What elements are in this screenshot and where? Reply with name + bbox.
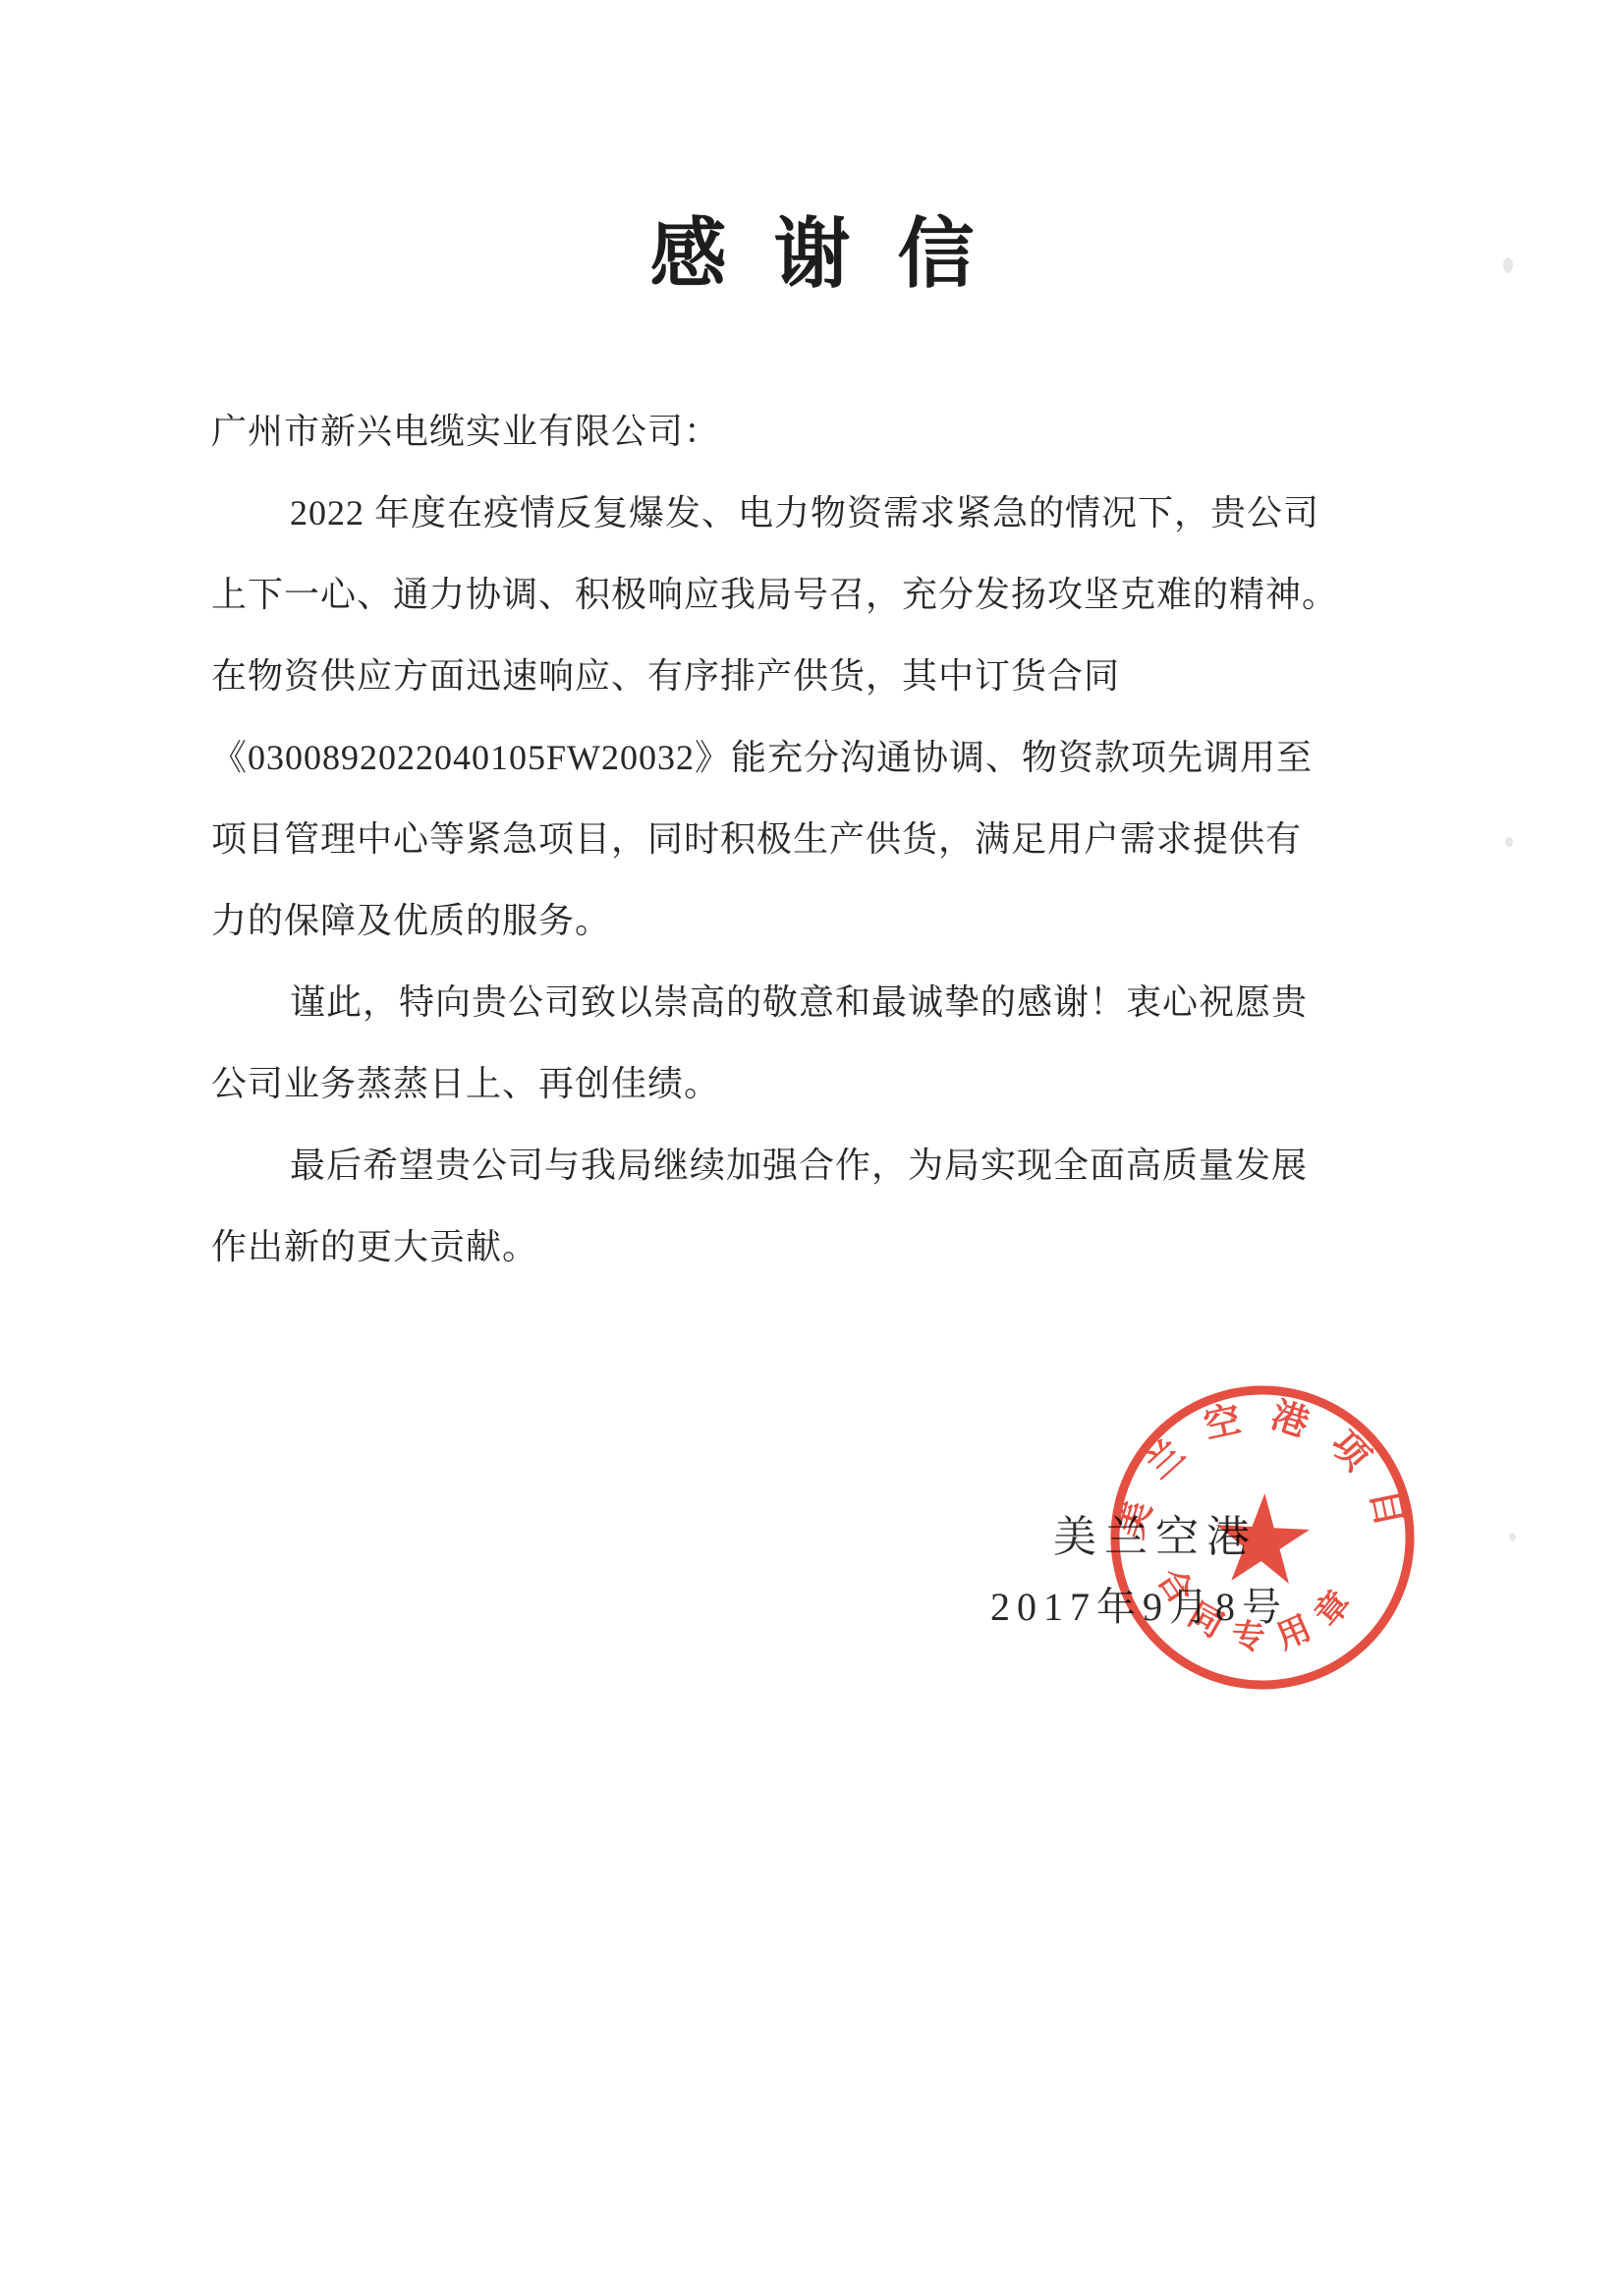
body-line: 上下一心、通力协调、积极响应我局号召，充分发扬攻坚克难的精神。 — [211, 554, 1479, 636]
svg-text:合同专用章: 合同专用章 — [1147, 1560, 1371, 1662]
body-line: 《0300892022040105FW20032》能充分沟通协调、物资款项先调用… — [211, 717, 1479, 799]
contract-seal-stamp: 美兰空港项目 合同专用章 — [1090, 1365, 1434, 1709]
body-line: 2022 年度在疫情反复爆发、电力物资需求紧急的情况下，贵公司 — [211, 473, 1479, 554]
letter-title: 感谢信 — [0, 193, 1624, 303]
body-line: 在物资供应方面迅速响应、有序排产供货，其中订货合同 — [211, 636, 1479, 717]
body-line: 力的保障及优质的服务。 — [211, 880, 1479, 962]
seal-arc-bottom-text: 合同专用章 — [1147, 1560, 1371, 1662]
letter-page: 感谢信 广州市新兴电缆实业有限公司： 2022 年度在疫情反复爆发、电力物资需求… — [0, 0, 1624, 2295]
body-line: 最后希望贵公司与我局继续加强合作，为局实现全面高质量发展 — [211, 1125, 1479, 1206]
seal-star-icon — [1213, 1491, 1312, 1585]
body-line: 公司业务蒸蒸日上、再创佳绩。 — [211, 1043, 1479, 1125]
body-line: 谨此，特向贵公司致以崇高的敬意和最诚挚的感谢！衷心祝愿贵 — [211, 962, 1479, 1043]
recipient-line: 广州市新兴电缆实业有限公司： — [211, 391, 1479, 473]
body-line: 项目管理中心等紧急项目，同时积极生产供货，满足用户需求提供有 — [211, 799, 1479, 880]
scan-noise — [1505, 837, 1513, 847]
body-line: 作出新的更大贡献。 — [211, 1206, 1479, 1288]
scan-noise — [1509, 1533, 1516, 1541]
letter-body: 广州市新兴电缆实业有限公司： 2022 年度在疫情反复爆发、电力物资需求紧急的情… — [211, 391, 1479, 1288]
